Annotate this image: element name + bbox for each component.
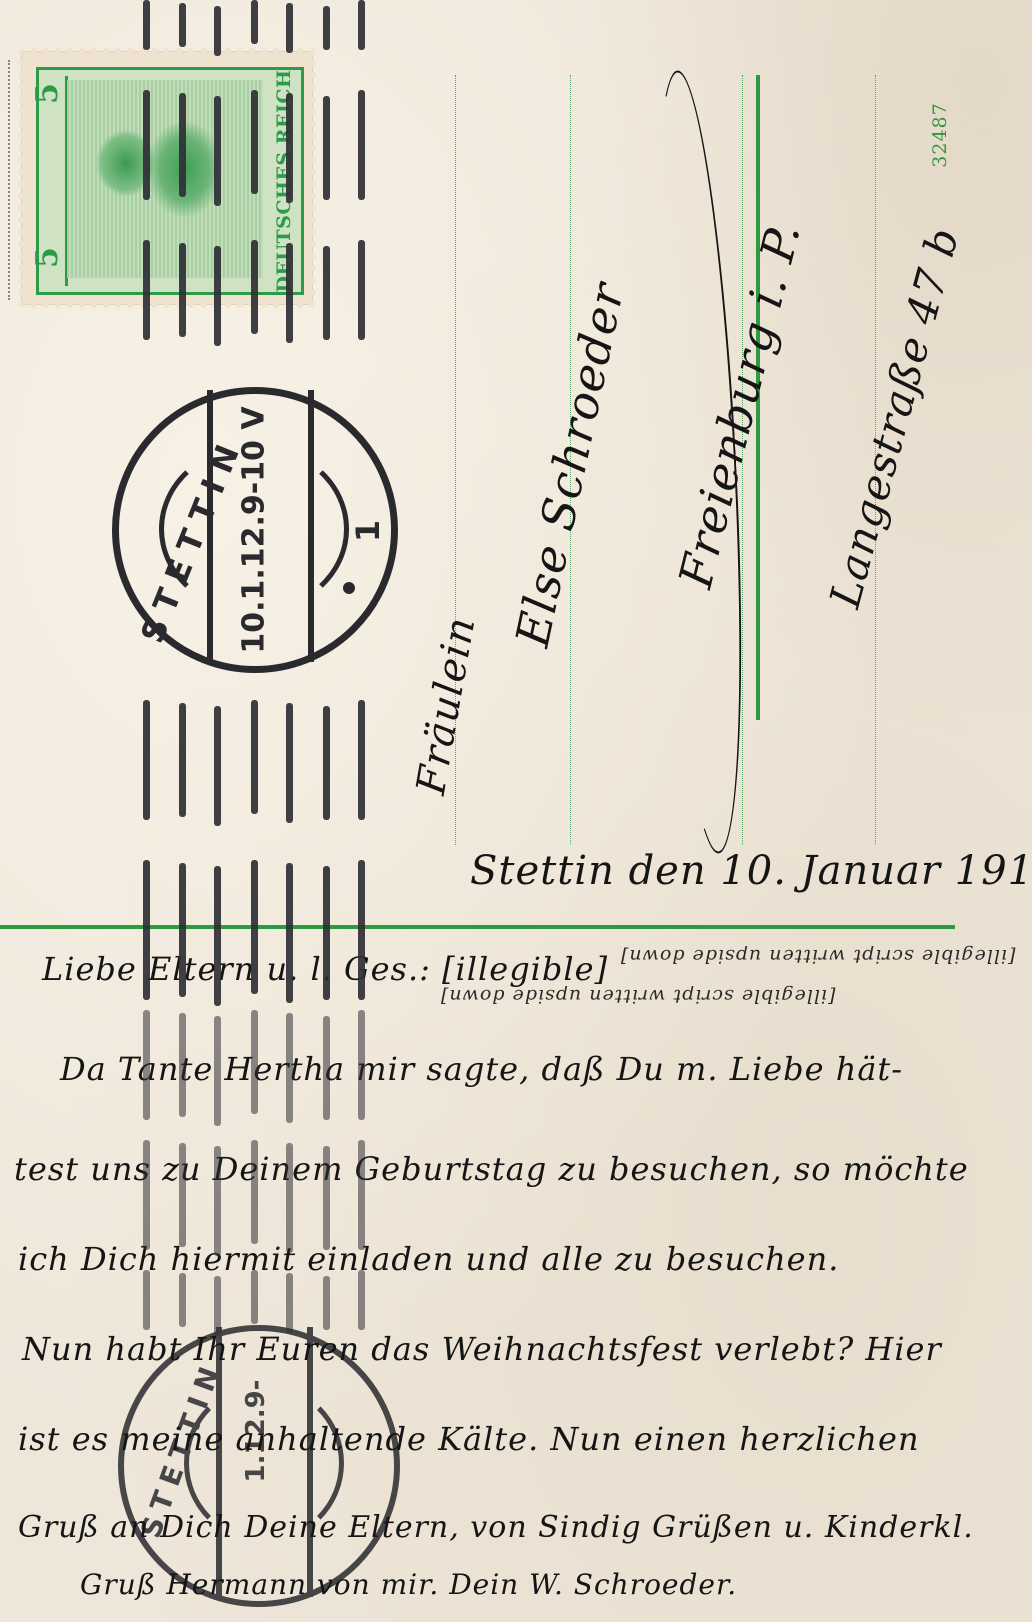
cancellation-bar: [251, 860, 258, 994]
message-line: ich Dich hiermit einladen und alle zu be…: [18, 1240, 839, 1278]
cancellation-bar: [358, 240, 365, 340]
cancellation-bar: [214, 96, 221, 206]
cancellation-bar: [251, 1140, 258, 1244]
stamp-denomination: 5: [30, 247, 65, 268]
cancellation-bar: [143, 1140, 150, 1250]
cancellation-bar: [358, 700, 365, 820]
cancellation-bar: [214, 6, 221, 56]
cancellation-bar: [179, 1013, 186, 1117]
cancellation-bar: [286, 243, 293, 343]
stamp-country: DEUTSCHES REICH: [269, 70, 299, 292]
cancellation-bar: [214, 866, 221, 1006]
cancellation-bar: [143, 0, 150, 50]
postmark-office: 1: [349, 520, 387, 542]
message-line: ist es meine anhaltende Kälte. Nun einen…: [18, 1420, 920, 1458]
cancellation-bar: [286, 863, 293, 1003]
cancellation-bar: [179, 1273, 186, 1327]
address-street: Langestraße 47 b: [820, 222, 969, 613]
cancellation-bar: [179, 93, 186, 197]
cancellation-bar: [358, 1140, 365, 1250]
germania-portrait-icon: [67, 80, 263, 278]
stamp-image: 5 5 DEUTSCHES REICH: [36, 67, 304, 295]
message-dateline: Stettin den 10. Januar 1912.: [470, 848, 1032, 894]
stamp-denomination: 5: [30, 83, 65, 104]
address-salutation: Fräulein: [408, 613, 484, 798]
cancellation-bar: [286, 93, 293, 203]
message-line: Nun habt Ihr Euren das Weihnachtsfest ve…: [22, 1330, 942, 1368]
cancellation-bar: [179, 3, 186, 47]
cancellation-bar: [214, 246, 221, 346]
cancellation-bar: [179, 863, 186, 997]
cancellation-bar: [251, 1010, 258, 1114]
stamp-area-guide: [8, 60, 10, 300]
cancellation-bar: [286, 3, 293, 53]
cancellation-bar: [143, 1010, 150, 1120]
upside-down-note: [illegible script written upside down]: [440, 985, 835, 1007]
message-line: Da Tante Hertha mir sagte, daß Du m. Lie…: [60, 1050, 903, 1088]
cancellation-bar: [286, 1013, 293, 1123]
cancellation-bar: [179, 243, 186, 337]
cancellation-bar: [179, 703, 186, 817]
cancellation-bar: [214, 706, 221, 826]
cancellation-bar: [323, 866, 330, 1000]
cancellation-bar: [251, 1270, 258, 1324]
cancellation-bar: [358, 1010, 365, 1120]
postcard: 32487 5 5 DEUTSCHES REICH 10.1.12.9-10 V…: [0, 0, 1032, 1622]
message-line: Gruß an Dich Deine Eltern, von Sindig Gr…: [18, 1510, 974, 1545]
cancellation-bar: [214, 1276, 221, 1336]
cancellation-bar: [286, 703, 293, 823]
cancellation-bar: [323, 96, 330, 200]
message-line: Gruß Hermann von mir. Dein W. Schroeder.: [80, 1568, 737, 1601]
printed-number: 32487: [920, 80, 960, 190]
cancellation-bar: [323, 1276, 330, 1330]
cancellation-bar: [323, 1146, 330, 1250]
cancellation-bar: [143, 1270, 150, 1330]
postmark-star: [343, 582, 355, 594]
postmark: 10.1.12.9-10 V STETTIN 1: [112, 387, 398, 673]
cancellation-bar: [286, 1273, 293, 1333]
cancellation-bar: [358, 860, 365, 1000]
cancellation-bar: [143, 240, 150, 340]
cancellation-bar: [143, 860, 150, 1000]
cancellation-bar: [179, 1143, 186, 1247]
cancellation-bar: [358, 1270, 365, 1330]
cancellation-bar: [251, 90, 258, 194]
cancellation-bar: [251, 700, 258, 814]
cancellation-bar: [251, 0, 258, 44]
cancellation-bar: [323, 1016, 330, 1120]
cancellation-bar: [323, 246, 330, 340]
cancellation-bar: [214, 1016, 221, 1126]
upside-down-note: [illegible script written upside down]: [620, 945, 1015, 967]
cancellation-bar: [323, 6, 330, 50]
postage-stamp: 5 5 DEUTSCHES REICH: [22, 52, 312, 304]
cancellation-bar: [358, 90, 365, 200]
cancellation-bar: [143, 90, 150, 200]
cancellation-bar: [286, 1143, 293, 1253]
cancellation-bar: [214, 1146, 221, 1256]
cancellation-bar: [323, 706, 330, 820]
cancellation-bar: [143, 700, 150, 820]
cancellation-bar: [251, 240, 258, 334]
message-line: test uns zu Deinem Geburtstag zu besuche…: [14, 1150, 969, 1188]
cancellation-bar: [358, 0, 365, 50]
